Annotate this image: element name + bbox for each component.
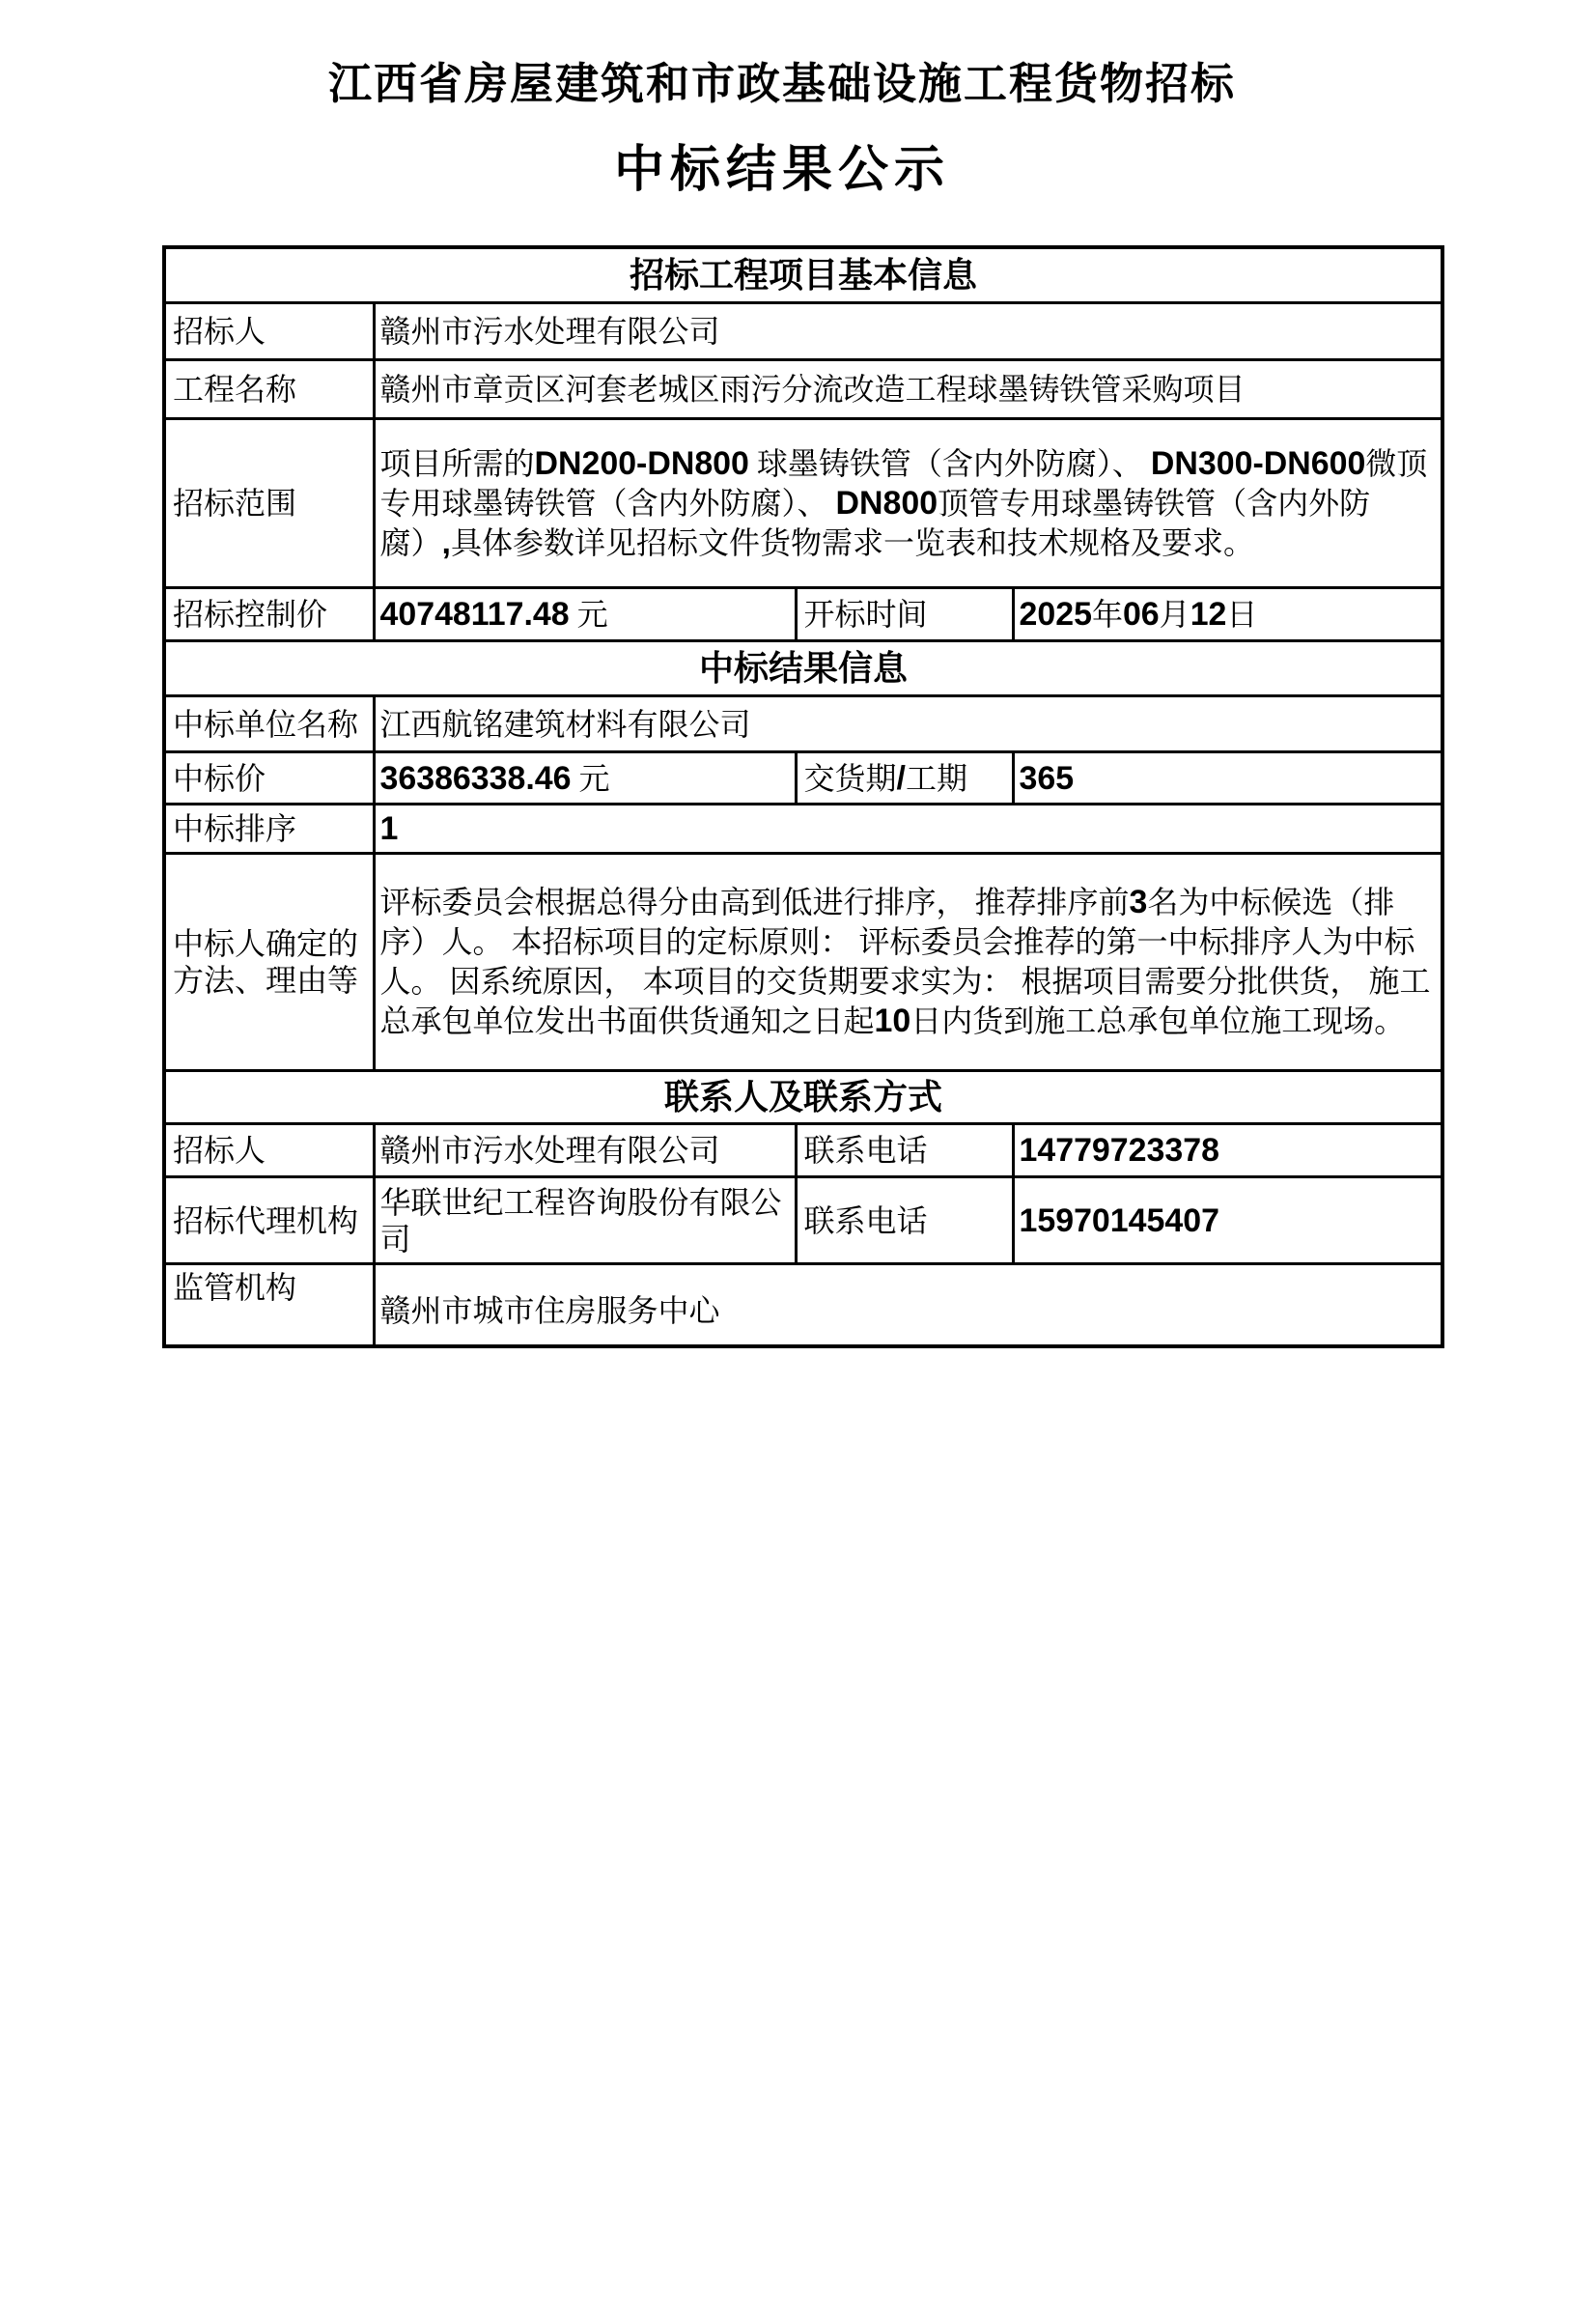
value-agency: 华联世纪工程咨询股份有限公司	[374, 1177, 796, 1264]
label-bid-opening-time: 开标时间	[796, 588, 1013, 641]
section-header-contacts: 联系人及联系方式	[164, 1071, 1442, 1124]
label-win-rank: 中标排序	[164, 805, 374, 854]
table-row: 招标控制价 40748117.48 元 开标时间 2025年06月12日	[164, 588, 1442, 641]
label-agency: 招标代理机构	[164, 1177, 374, 1264]
section-header-win-result: 中标结果信息	[164, 641, 1442, 696]
table-row: 监管机构 赣州市城市住房服务中心	[164, 1264, 1442, 1347]
value-agency-phone: 15970145407	[1013, 1177, 1442, 1264]
table-row: 招标范围 项目所需的DN200-DN800 球墨铸铁管（含内外防腐）、 DN30…	[164, 419, 1442, 588]
value-tenderer-contact: 赣州市污水处理有限公司	[374, 1124, 796, 1177]
value-delivery-period: 365	[1013, 752, 1442, 805]
label-supervisor: 监管机构	[164, 1264, 374, 1347]
table-row: 中标价 36386338.46 元 交货期/工期 365	[164, 752, 1442, 805]
value-project-name: 赣州市章贡区河套老城区雨污分流改造工程球墨铸铁管采购项目	[374, 360, 1442, 419]
label-tenderer-contact: 招标人	[164, 1124, 374, 1177]
table-row: 中标单位名称 江西航铭建筑材料有限公司	[164, 696, 1442, 752]
value-tenderer: 赣州市污水处理有限公司	[374, 303, 1442, 360]
label-agency-phone: 联系电话	[796, 1177, 1013, 1264]
label-winner-name: 中标单位名称	[164, 696, 374, 752]
table-row: 工程名称 赣州市章贡区河套老城区雨污分流改造工程球墨铸铁管采购项目	[164, 360, 1442, 419]
table-row: 中标排序 1	[164, 805, 1442, 854]
value-determination-method: 评标委员会根据总得分由高到低进行排序， 推荐排序前3名为中标候选（排序）人。 本…	[374, 854, 1442, 1071]
document-title-line1: 江西省房屋建筑和市政基础设施工程货物招标	[0, 58, 1564, 110]
value-win-price: 36386338.46 元	[374, 752, 796, 805]
bid-result-table: 招标工程项目基本信息 招标人 赣州市污水处理有限公司 工程名称 赣州市章贡区河套…	[162, 245, 1444, 1348]
value-bid-opening-time: 2025年06月12日	[1013, 588, 1442, 641]
table-row: 中标结果信息	[164, 641, 1442, 696]
table-row: 招标人 赣州市污水处理有限公司	[164, 303, 1442, 360]
label-control-price: 招标控制价	[164, 588, 374, 641]
table-row: 中标人确定的方法、理由等 评标委员会根据总得分由高到低进行排序， 推荐排序前3名…	[164, 854, 1442, 1071]
table-row: 招标代理机构 华联世纪工程咨询股份有限公司 联系电话 15970145407	[164, 1177, 1442, 1264]
value-supervisor: 赣州市城市住房服务中心	[374, 1264, 1442, 1347]
table-row: 联系人及联系方式	[164, 1071, 1442, 1124]
value-tenderer-phone: 14779723378	[1013, 1124, 1442, 1177]
label-bid-scope: 招标范围	[164, 419, 374, 588]
value-bid-scope: 项目所需的DN200-DN800 球墨铸铁管（含内外防腐）、 DN300-DN6…	[374, 419, 1442, 588]
document-header: 江西省房屋建筑和市政基础设施工程货物招标 中标结果公示	[0, 58, 1564, 201]
value-control-price: 40748117.48 元	[374, 588, 796, 641]
value-win-rank: 1	[374, 805, 1442, 854]
label-win-price: 中标价	[164, 752, 374, 805]
label-tenderer-phone: 联系电话	[796, 1124, 1013, 1177]
table-row: 招标工程项目基本信息	[164, 247, 1442, 303]
section-header-project-info: 招标工程项目基本信息	[164, 247, 1442, 303]
label-delivery-period: 交货期/工期	[796, 752, 1013, 805]
label-tenderer: 招标人	[164, 303, 374, 360]
label-project-name: 工程名称	[164, 360, 374, 419]
document-title-line2: 中标结果公示	[0, 141, 1564, 201]
table-row: 招标人 赣州市污水处理有限公司 联系电话 14779723378	[164, 1124, 1442, 1177]
value-winner-name: 江西航铭建筑材料有限公司	[374, 696, 1442, 752]
label-determination-method: 中标人确定的方法、理由等	[164, 854, 374, 1071]
